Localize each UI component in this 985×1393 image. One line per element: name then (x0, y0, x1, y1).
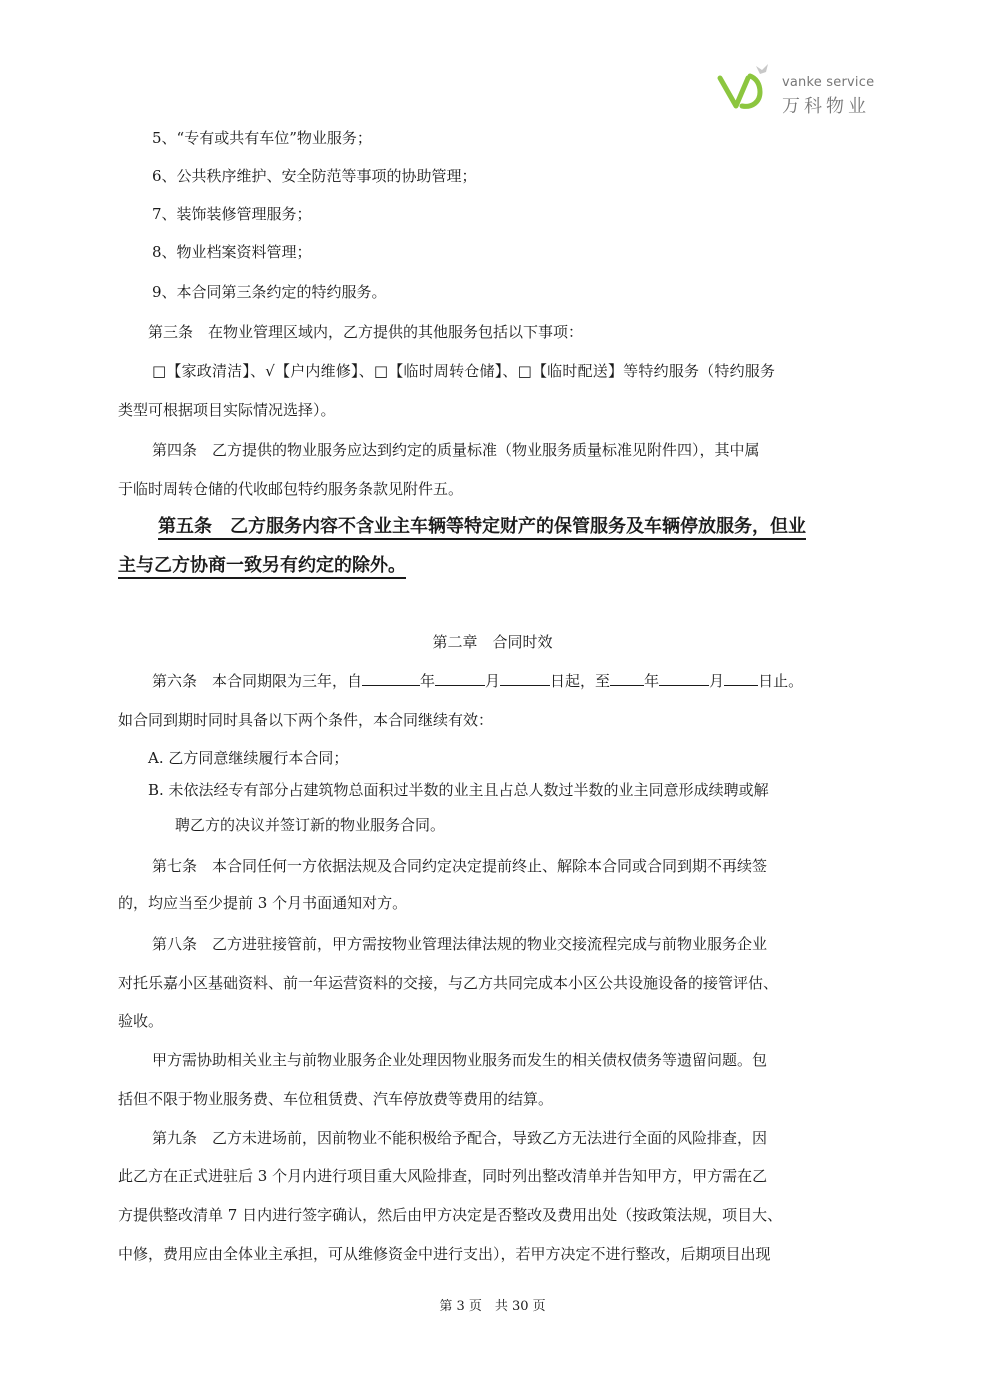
article-3-line-1: 第三条 在物业管理区域内，乙方提供的其他服务包括以下事项： (148, 322, 583, 342)
end-year-blank (610, 671, 644, 686)
logo-chinese-text: 万科物业 (782, 92, 870, 118)
article-8-line-2: 对托乐嘉小区基础资料、前一年运营资料的交接，与乙方共同完成本小区公共设施设备的接… (118, 973, 778, 993)
article-5-line-2: 主与乙方协商一致另有约定的除外。 (118, 556, 406, 576)
article-4-line-2: 于临时周转仓储的代收邮包特约服务条款见附件五。 (118, 479, 463, 499)
vs-logo-icon (716, 62, 776, 114)
chapter-2-title: 第二章 合同时效 (0, 632, 985, 652)
article-7-line-1: 第七条 本合同任何一方依据法规及合同约定决定提前终止、解除本合同或合同到期不再续… (152, 856, 767, 876)
start-day-blank (500, 671, 550, 686)
start-month-blank (435, 671, 485, 686)
article-7-line-2: 的，均应当至少提前 3 个月书面通知对方。 (118, 893, 407, 913)
service-item-8: 8、物业档案资料管理； (152, 242, 312, 262)
start-year-blank (362, 671, 420, 686)
service-item-6: 6、公共秩序维护、安全防范等事项的协助管理； (152, 166, 477, 186)
condition-a: A. 乙方同意继续履行本合同； (148, 748, 348, 768)
article-9-line-2: 此乙方在正式进驻后 3 个月内进行项目重大风险排查，同时列出整改清单并告知甲方，… (118, 1166, 767, 1186)
article-9-line-4: 中修，费用应由全体业主承担，可从维修资金中进行支出），若甲方决定不进行整改，后期… (118, 1244, 771, 1264)
article-9-line-1: 第九条 乙方未进场前，因前物业不能积极给予配合，导致乙方无法进行全面的风险排查，… (152, 1128, 767, 1148)
condition-b-line-1: B. 未依法经专有部分占建筑物总面积过半数的业主且占总人数过半数的业主同意形成续… (148, 780, 769, 800)
article-6-line-1: 第六条 本合同期限为三年，自年月日起，至年月日止。 (152, 671, 803, 691)
article-8-para-2-line-1: 甲方需协助相关业主与前物业服务企业处理因物业服务而发生的相关债权债务等遗留问题。… (152, 1050, 767, 1070)
service-item-7: 7、装饰装修管理服务； (152, 204, 312, 224)
condition-b-line-2: 聘乙方的决议并签订新的物业服务合同。 (175, 815, 445, 835)
article-9-line-3: 方提供整改清单 7 日内进行签字确认，然后由甲方决定是否整改及费用出处（按政策法… (118, 1205, 782, 1225)
end-month-blank (659, 671, 709, 686)
article-6-line-2: 如合同到期时同时具备以下两个条件，本合同继续有效： (118, 710, 493, 730)
article-5-line-1: 第五条 乙方服务内容不含业主车辆等特定财产的保管服务及车辆停放服务，但业 (158, 517, 806, 537)
service-item-9: 9、本合同第三条约定的特约服务。 (152, 282, 387, 302)
article-3-line-3: 类型可根据项目实际情况选择）。 (118, 400, 336, 420)
end-day-blank (724, 671, 758, 686)
article-4-line-1: 第四条 乙方提供的物业服务应达到约定的质量标准（物业服务质量标准见附件四），其中… (152, 440, 760, 460)
article-8-line-3: 验收。 (118, 1011, 163, 1031)
service-item-5: 5、“专有或共有车位”物业服务； (152, 128, 372, 148)
vanke-service-logo: vanke service 万科物业 (716, 62, 876, 114)
article-8-para-2-line-2: 括但不限于物业服务费、车位租赁费、汽车停放费等费用的结算。 (118, 1089, 553, 1109)
article-8-line-1: 第八条 乙方进驻接管前，甲方需按物业管理法律法规的物业交接流程完成与前物业服务企… (152, 934, 767, 954)
page-number: 第 3 页 共 30 页 (0, 1295, 985, 1314)
article-3-options: □【家政清洁】、√【户内维修】、□【临时周转仓储】、□【临时配送】等特约服务（特… (152, 361, 775, 381)
logo-english-text: vanke service (782, 75, 874, 90)
